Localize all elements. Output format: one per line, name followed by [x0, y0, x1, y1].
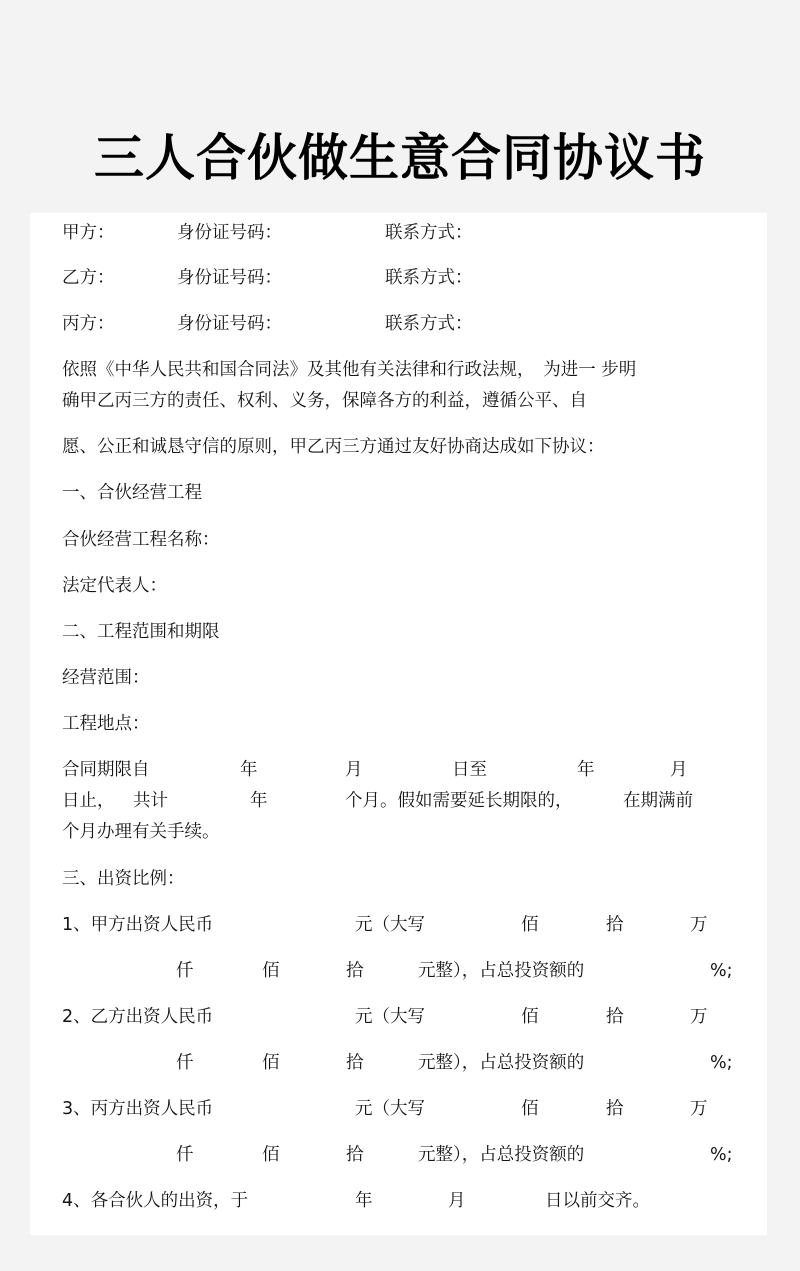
- id-number-label: 身份证号码：: [177, 222, 282, 244]
- unit-shi: 拾: [346, 1144, 364, 1166]
- contribution-label: 3、丙方出资人民币: [62, 1098, 213, 1120]
- contact-label: 联系方式：: [385, 313, 473, 335]
- scope-label: 经营范围：: [62, 667, 150, 689]
- section-2-heading: 二、工程范围和期限: [62, 621, 220, 643]
- share-of-total-label: 元整），占总投资额的: [418, 1144, 584, 1166]
- unit-shi: 拾: [346, 1052, 364, 1074]
- share-of-total-label: 元整），占总投资额的: [418, 1052, 584, 1074]
- unit-wan: 万: [690, 1006, 708, 1028]
- unit-bai: 佰: [521, 1098, 539, 1120]
- term-year-label: 年: [577, 759, 595, 781]
- deadline-day-label: 日以前交齐。: [545, 1190, 650, 1212]
- percent-sign: %;: [710, 1144, 733, 1166]
- term-total-label: 共计: [133, 790, 168, 812]
- deadline-month-label: 月: [448, 1190, 466, 1212]
- term-month-label: 月: [345, 759, 363, 781]
- unit-qian: 仟: [176, 1052, 194, 1074]
- share-of-total-label: 元整），占总投资额的: [418, 960, 584, 982]
- preamble-line-3: 愿、公正和诚恳守信的原则，甲乙丙三方通过友好协商达成如下协议：: [62, 436, 605, 458]
- section-1-heading: 一、合伙经营工程: [62, 482, 202, 504]
- term-month-label: 月: [670, 759, 688, 781]
- unit-qian: 仟: [176, 960, 194, 982]
- deadline-year-label: 年: [355, 1190, 373, 1212]
- unit-wan: 万: [690, 914, 708, 936]
- yuan-uppercase-label: 元（大写: [355, 1006, 425, 1028]
- contact-label: 联系方式：: [385, 222, 473, 244]
- id-number-label: 身份证号码：: [177, 313, 282, 335]
- percent-sign: %;: [710, 960, 733, 982]
- term-year-label: 年: [250, 790, 268, 812]
- contribution-label: 1、甲方出资人民币: [62, 914, 213, 936]
- term-extension-text: 个月。假如需要延长期限的，: [345, 790, 573, 812]
- term-year-label: 年: [240, 759, 258, 781]
- yuan-uppercase-label: 元（大写: [355, 1098, 425, 1120]
- location-label: 工程地点：: [62, 713, 150, 735]
- contract-term-line-3: 个月办理有关手续。: [62, 821, 220, 843]
- id-number-label: 身份证号码：: [177, 267, 282, 289]
- unit-bai: 佰: [521, 1006, 539, 1028]
- unit-shi: 拾: [606, 1006, 624, 1028]
- term-day-to-label: 日至: [452, 759, 487, 781]
- unit-wan: 万: [690, 1098, 708, 1120]
- unit-bai: 佰: [521, 914, 539, 936]
- legal-rep-label: 法定代表人：: [62, 575, 167, 597]
- preamble-line-1: 依照《中华人民共和国合同法》及其他有关法律和行政法规， 为进一 步明: [62, 359, 636, 381]
- section-3-heading: 三、出资比例：: [62, 868, 185, 890]
- deadline-label: 4、各合伙人的出资，于: [62, 1190, 248, 1212]
- unit-bai: 佰: [262, 960, 280, 982]
- party-label: 乙方：: [62, 267, 115, 289]
- project-name-label: 合伙经营工程名称：: [62, 529, 220, 551]
- unit-shi: 拾: [346, 960, 364, 982]
- term-start-label: 合同期限自: [62, 759, 150, 781]
- unit-bai: 佰: [262, 1052, 280, 1074]
- term-before-expiry-text: 在期满前: [623, 790, 693, 812]
- document-title: 三人合伙做生意合同协议书: [0, 122, 800, 194]
- unit-bai: 佰: [262, 1144, 280, 1166]
- party-label: 甲方：: [62, 222, 115, 244]
- contribution-label: 2、乙方出资人民币: [62, 1006, 213, 1028]
- unit-qian: 仟: [176, 1144, 194, 1166]
- term-day-end-label: 日止，: [62, 790, 115, 812]
- document-page: 甲方： 身份证号码： 联系方式： 乙方： 身份证号码： 联系方式： 丙方： 身份…: [30, 213, 767, 1235]
- unit-shi: 拾: [606, 914, 624, 936]
- preamble-line-2: 确甲乙丙三方的责任、权利、义务，保障各方的利益，遵循公平、自: [62, 390, 587, 412]
- party-label: 丙方：: [62, 313, 115, 335]
- yuan-uppercase-label: 元（大写: [355, 914, 425, 936]
- unit-shi: 拾: [606, 1098, 624, 1120]
- percent-sign: %;: [710, 1052, 733, 1074]
- contact-label: 联系方式：: [385, 267, 473, 289]
